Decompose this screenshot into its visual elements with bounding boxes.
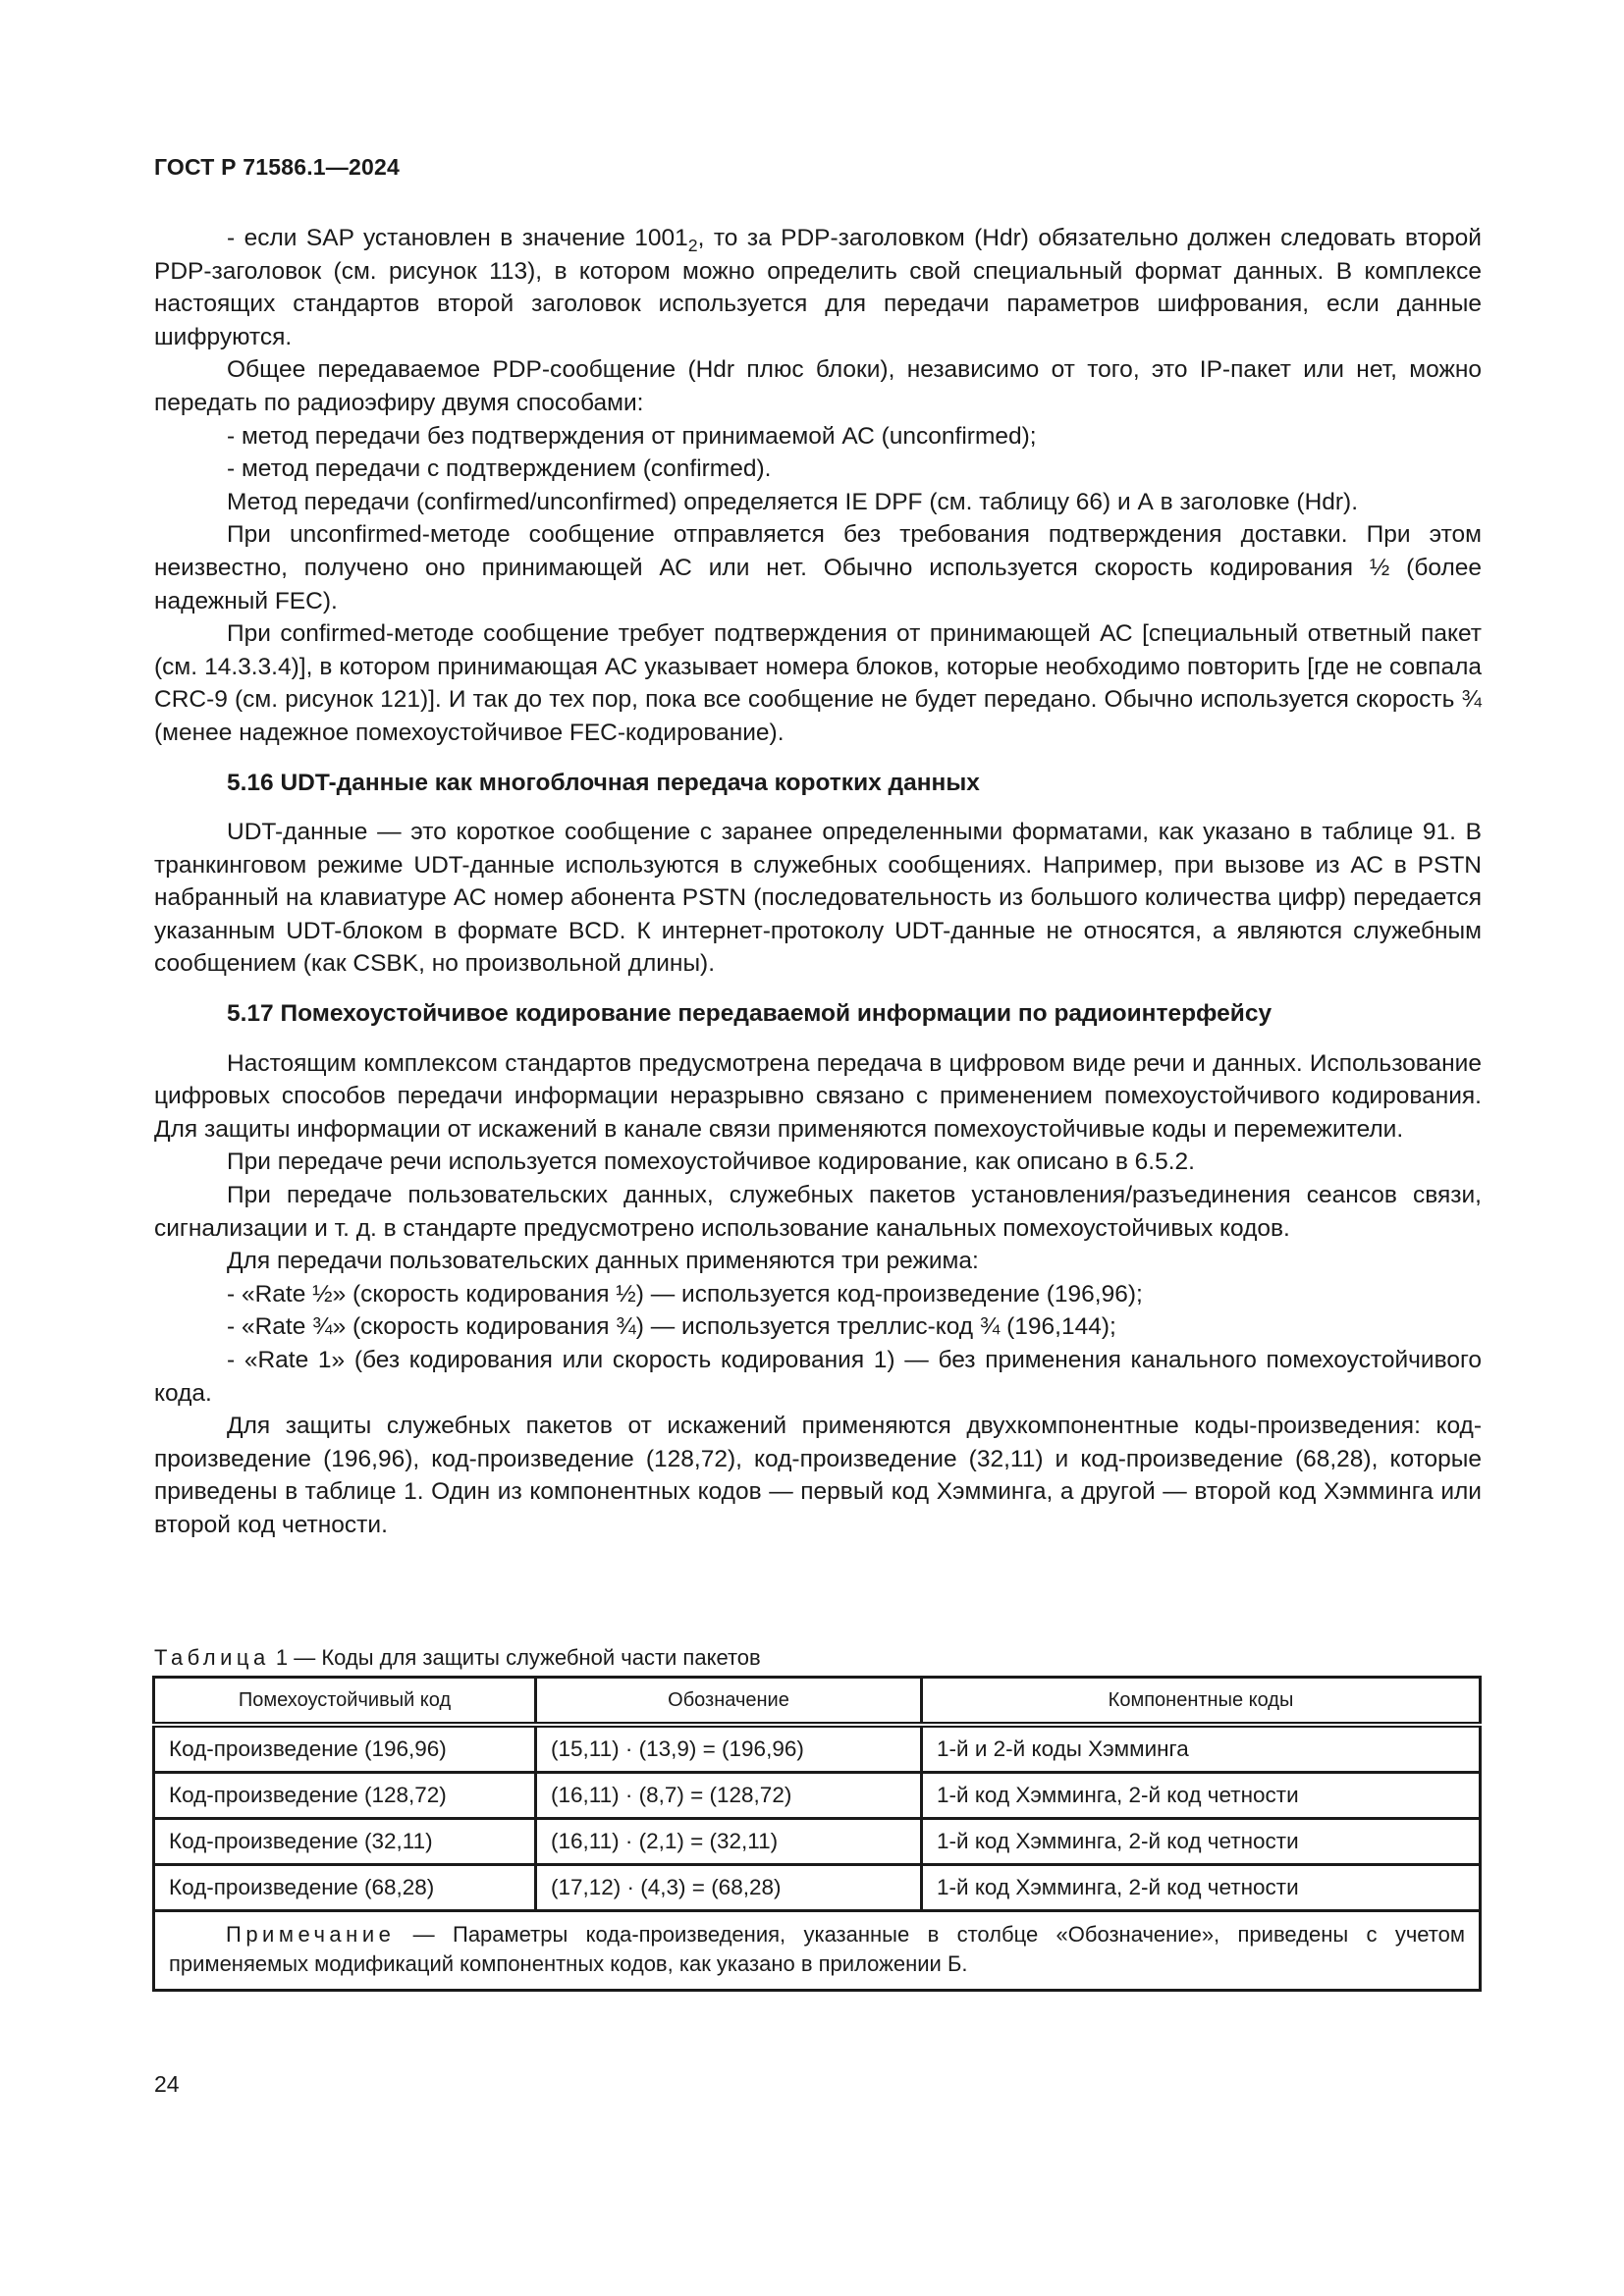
table-row: Код-произведение (32,11) (16,11) · (2,1)…: [154, 1819, 1481, 1865]
note-label: Примечание: [226, 1922, 395, 1947]
table-cell: (16,11) · (2,1) = (32,11): [536, 1819, 922, 1865]
paragraph-three-modes: Для передачи пользовательских данных при…: [154, 1245, 1482, 1278]
section-heading-5-17: 5.17 Помехоустойчивое кодирование переда…: [154, 997, 1482, 1031]
table-cell: 1-й код Хэмминга, 2-й код четности: [922, 1865, 1481, 1911]
paragraph-method: Метод передачи (confirmed/unconfirmed) о…: [154, 486, 1482, 519]
table-cell: (16,11) · (8,7) = (128,72): [536, 1773, 922, 1819]
table-cell: Код-произведение (196,96): [154, 1725, 536, 1773]
table-header-row: Помехоустойчивый код Обозначение Компоне…: [154, 1678, 1481, 1726]
table-caption-label: Таблица: [154, 1645, 270, 1670]
table-cell: Код-произведение (128,72): [154, 1773, 536, 1819]
paragraph-user-data: При передаче пользовательских данных, сл…: [154, 1179, 1482, 1245]
paragraph-pdp-message: Общее передаваемое PDP-сообщение (Hdr пл…: [154, 353, 1482, 419]
codes-table: Помехоустойчивый код Обозначение Компоне…: [152, 1676, 1482, 1992]
table-cell: (17,12) · (4,3) = (68,28): [536, 1865, 922, 1911]
table-caption-text: 1 — Коды для защиты служебной части паке…: [270, 1645, 761, 1670]
table-cell: (15,11) · (13,9) = (196,96): [536, 1725, 922, 1773]
table-cell: 1-й код Хэмминга, 2-й код четности: [922, 1819, 1481, 1865]
table-row: Код-произведение (128,72) (16,11) · (8,7…: [154, 1773, 1481, 1819]
table-row: Код-произведение (68,28) (17,12) · (4,3)…: [154, 1865, 1481, 1911]
list-item-rate-one: - «Rate 1» (без кодирования или скорость…: [154, 1344, 1482, 1410]
paragraph-coding-intro: Настоящим комплексом стандартов предусмо…: [154, 1047, 1482, 1147]
table-note: Примечание — Параметры кода-произведения…: [154, 1911, 1481, 1991]
paragraph-unconfirmed: При unconfirmed-методе сообщение отправл…: [154, 518, 1482, 617]
table-row: Код-произведение (196,96) (15,11) · (13,…: [154, 1725, 1481, 1773]
paragraph-sap: - если SAP установлен в значение 10012, …: [154, 222, 1482, 353]
table-cell: 1-й и 2-й коды Хэмминга: [922, 1725, 1481, 1773]
list-item-confirmed: - метод передачи с подтверждением (confi…: [154, 453, 1482, 486]
list-item-rate-half: - «Rate ½» (скорость кодирования ½) — ис…: [154, 1278, 1482, 1311]
paragraph-confirmed: При confirmed-методе сообщение требует п…: [154, 617, 1482, 749]
column-header: Обозначение: [536, 1678, 922, 1726]
column-header: Помехоустойчивый код: [154, 1678, 536, 1726]
list-item-unconfirmed: - метод передачи без подтверждения от пр…: [154, 420, 1482, 454]
document-id-header: ГОСТ Р 71586.1—2024: [154, 154, 400, 181]
table-cell: Код-произведение (68,28): [154, 1865, 536, 1911]
table-caption: Таблица 1 — Коды для защиты служебной ча…: [154, 1645, 761, 1671]
list-item-rate-three-quarters: - «Rate ¾» (скорость кодирования ¾) — ис…: [154, 1310, 1482, 1344]
table-cell: 1-й код Хэмминга, 2-й код четности: [922, 1773, 1481, 1819]
column-header: Компонентные коды: [922, 1678, 1481, 1726]
section-heading-5-16: 5.16 UDT-данные как многоблочная передач…: [154, 767, 1482, 800]
paragraph-speech-coding: При передаче речи используется помехоуст…: [154, 1146, 1482, 1179]
paragraph-service-packets: Для защиты служебных пакетов от искажени…: [154, 1410, 1482, 1541]
table-note-row: Примечание — Параметры кода-произведения…: [154, 1911, 1481, 1991]
paragraph-udt: UDT-данные — это короткое сообщение с за…: [154, 816, 1482, 981]
body-text: - если SAP установлен в значение 10012, …: [154, 222, 1482, 1542]
page-number: 24: [154, 2071, 180, 2098]
table-cell: Код-произведение (32,11): [154, 1819, 536, 1865]
binary-subscript: 2: [688, 236, 698, 255]
